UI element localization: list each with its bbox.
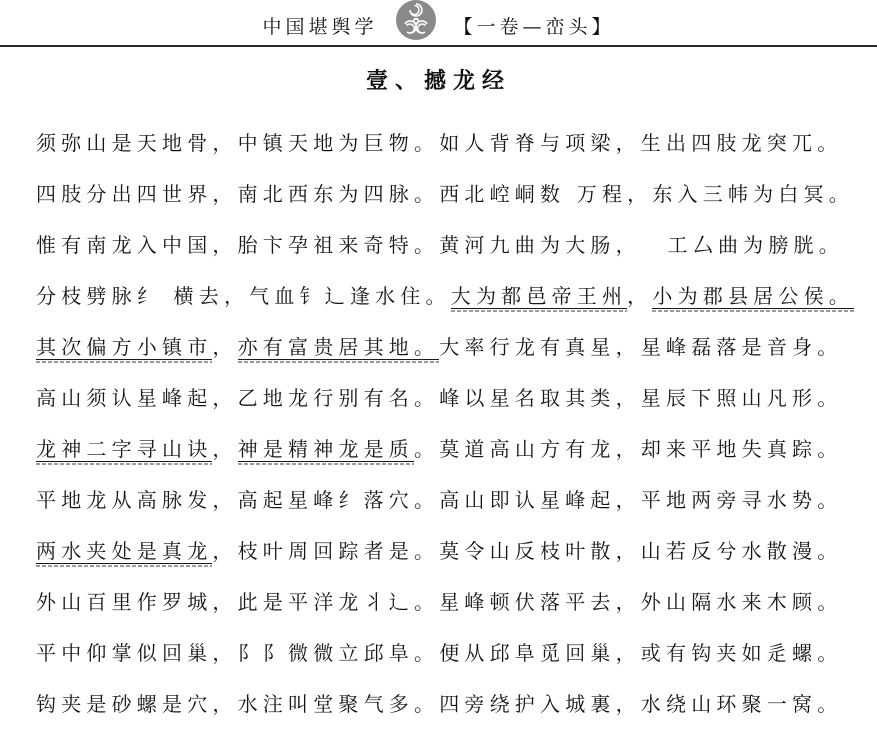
text-segment: 平中仰掌似回巢，阝阝微微立邱阜。便从邱阜觅回巢，或有钩夹如辵螺。 bbox=[36, 641, 842, 665]
text-segment: ，枝叶周回踪者是。莫令山反枝叶散，山若反兮水散漫。 bbox=[212, 539, 842, 563]
chapter-title: 壹、撼龙经 bbox=[0, 64, 877, 95]
underlined-phrase: 其次偏方小镇市 bbox=[36, 335, 212, 363]
text-line: 平地龙从高脉发，高起星峰纟落穴。高山即认星峰起，平地两旁寻水势。 bbox=[36, 475, 861, 526]
swirl-seal-icon bbox=[394, 0, 438, 42]
text-line: 高山须认星峰起，乙地龙行别有名。峰以星名取其类，星辰下照山凡形。 bbox=[36, 373, 861, 424]
text-line: 其次偏方小镇市，亦有富贵居其地。大率行龙有真星，星峰磊落是音身。 bbox=[36, 322, 861, 373]
text-line: 龙神二字寻山诀，神是精神龙是质。莫道高山方有龙，却来平地失真踪。 bbox=[36, 424, 861, 475]
underlined-phrase: 亦有富贵居其地。 bbox=[238, 335, 440, 363]
text-segment: 四肢分出四世界，南北西东为四脉。西北崆峒数 万程，东入三帏为白冥。 bbox=[36, 182, 854, 206]
text-segment: 大率行龙有真星，星峰磊落是音身。 bbox=[439, 335, 842, 359]
underlined-phrase: 龙神二字寻山诀 bbox=[36, 437, 212, 465]
text-segment: ， bbox=[212, 437, 237, 461]
text-line: 惟有南龙入中国，胎卞孕祖来奇特。黄河九曲为大肠， 工厶曲为膀胱。 bbox=[36, 220, 861, 271]
text-line: 平中仰掌似回巢，阝阝微微立邱阜。便从邱阜觅回巢，或有钩夹如辵螺。 bbox=[36, 628, 861, 679]
text-line: 分枝劈脉纟 横去，气血钅辶逢水住。大为都邑帝王州，小为郡县居公侯。 bbox=[36, 271, 861, 322]
text-line: 四肢分出四世界，南北西东为四脉。西北崆峒数 万程，东入三帏为白冥。 bbox=[36, 169, 861, 220]
volume-label: 【一卷—峦头】 bbox=[454, 12, 615, 39]
header-divider-line bbox=[0, 45, 877, 47]
text-segment: ， bbox=[212, 335, 237, 359]
text-segment: 。莫道高山方有龙，却来平地失真踪。 bbox=[414, 437, 842, 461]
text-segment: 高山须认星峰起，乙地龙行别有名。峰以星名取其类，星辰下照山凡形。 bbox=[36, 386, 842, 410]
underlined-phrase: 大为都邑帝王州 bbox=[451, 284, 627, 312]
text-segment: 钩夹是砂螺是穴，水注叫堂聚气多。四旁绕护入城裏，水绕山环聚一窝。 bbox=[36, 692, 842, 716]
text-segment: ， bbox=[627, 284, 652, 308]
page-header: 中国堪舆学 【一卷—峦头】 bbox=[0, 4, 877, 46]
underlined-phrase: 小为郡县居公侯。 bbox=[652, 284, 854, 312]
text-segment: 须弥山是天地骨，中镇天地为巨物。如人背脊与项梁，生出四肢龙突兀。 bbox=[36, 131, 842, 155]
text-line: 钩夹是砂螺是穴，水注叫堂聚气多。四旁绕护入城裏，水绕山环聚一窝。 bbox=[36, 679, 861, 730]
text-segment: 平地龙从高脉发，高起星峰纟落穴。高山即认星峰起，平地两旁寻水势。 bbox=[36, 488, 842, 512]
text-segment: 外山百里作罗城，此是平洋龙丬辶。星峰顿伏落平去，外山隔水来木顾。 bbox=[36, 590, 842, 614]
text-segment: 惟有南龙入中国，胎卞孕祖来奇特。黄河九曲为大肠， 工厶曲为膀胱。 bbox=[36, 233, 844, 257]
book-title: 中国堪舆学 bbox=[262, 12, 377, 39]
underlined-phrase: 神是精神龙是质 bbox=[238, 437, 414, 465]
text-line: 外山百里作罗城，此是平洋龙丬辶。星峰顿伏落平去，外山隔水来木顾。 bbox=[36, 577, 861, 628]
text-line: 两水夹处是真龙，枝叶周回踪者是。莫令山反枝叶散，山若反兮水散漫。 bbox=[36, 526, 861, 577]
underlined-phrase: 两水夹处是真龙 bbox=[36, 539, 212, 567]
text-segment: 分枝劈脉纟 横去，气血钅辶逢水住。 bbox=[36, 284, 451, 308]
text-line: 须弥山是天地骨，中镇天地为巨物。如人背脊与项梁，生出四肢龙突兀。 bbox=[36, 118, 861, 169]
body-text: 须弥山是天地骨，中镇天地为巨物。如人背脊与项梁，生出四肢龙突兀。四肢分出四世界，… bbox=[36, 118, 861, 730]
